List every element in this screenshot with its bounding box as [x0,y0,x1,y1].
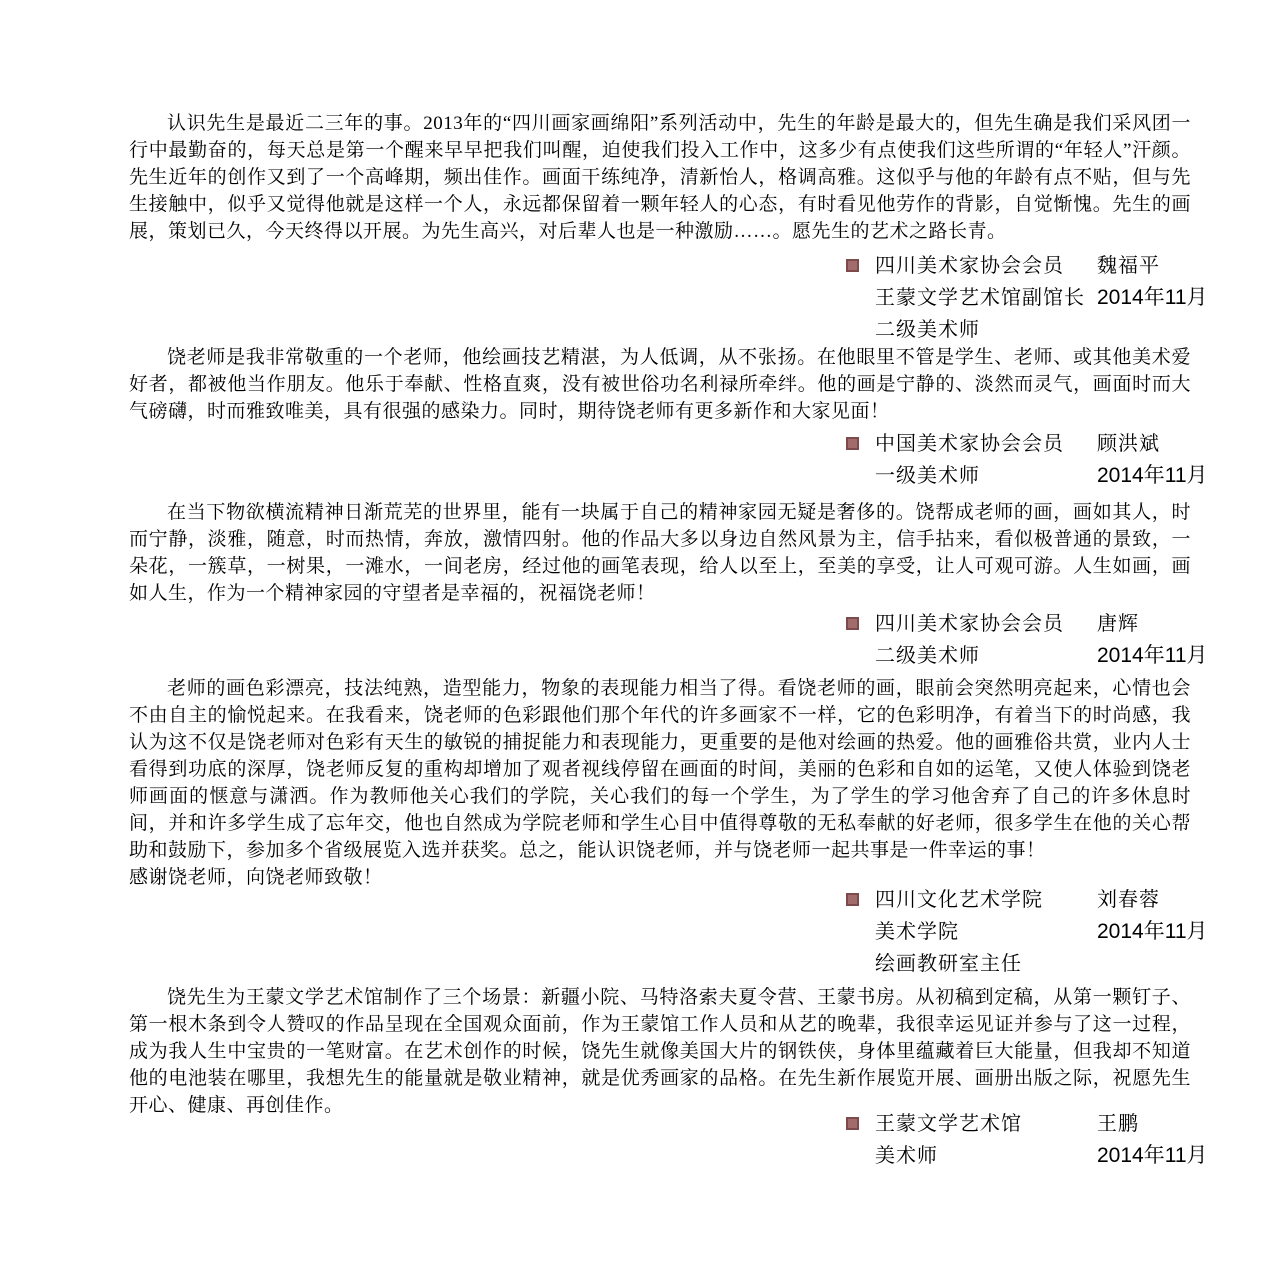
paragraph: 在当下物欲横流精神日渐荒芜的世界里，能有一块属于自己的精神家园无疑是奢侈的。饶帮… [129,499,1191,607]
signature-name: 顾洪斌 [1097,428,1208,460]
paragraph-section-5: 饶先生为王蒙文学艺术馆制作了三个场景：新疆小院、马特洛索夫夏令营、王蒙书房。从初… [129,984,1191,1119]
signature-name-date: 刘春蓉 2014年11月 [1097,884,1208,948]
signature-name: 刘春蓉 [1097,884,1208,916]
paragraph-section-4: 老师的画色彩漂亮，技法纯熟，造型能力，物象的表现能力相当了得。看饶老师的画，眼前… [129,675,1191,891]
paragraph-section-1: 认识先生是最近二三年的事。2013年的“四川画家画绵阳”系列活动中，先生的年龄是… [129,110,1191,245]
signature-title: 中国美术家协会会员 [875,428,1097,460]
signature-name-date: 顾洪斌 2014年11月 [1097,428,1208,492]
signature-name-date: 魏福平 2014年11月 [1097,250,1208,314]
signature-block-tanghui: 四川美术家协会会员 二级美术师 唐辉 2014年11月 [846,608,1192,672]
square-bullet-icon [846,617,859,630]
paragraph: 饶老师是我非常敬重的一个老师，他绘画技艺精湛，为人低调，从不张扬。在他眼里不管是… [129,344,1191,425]
signature-title: 王蒙文学艺术馆副馆长 [875,282,1097,314]
signature-block-guhongbin: 中国美术家协会会员 一级美术师 顾洪斌 2014年11月 [846,428,1192,492]
signature-block-weifuping: 四川美术家协会会员 王蒙文学艺术馆副馆长 二级美术师 魏福平 2014年11月 [846,250,1192,346]
signature-name: 唐辉 [1097,608,1208,640]
signature-name-date: 唐辉 2014年11月 [1097,608,1208,672]
signature-name: 魏福平 [1097,250,1208,282]
signature-title: 美术学院 [875,916,1097,948]
signature-title: 王蒙文学艺术馆 [875,1108,1097,1140]
paragraph: 老师的画色彩漂亮，技法纯熟，造型能力，物象的表现能力相当了得。看饶老师的画，眼前… [129,675,1191,864]
signature-title: 美术师 [875,1140,1097,1172]
signature-titles: 四川美术家协会会员 王蒙文学艺术馆副馆长 二级美术师 [875,250,1097,346]
signature-date: 2014年11月 [1097,916,1208,948]
signature-block-liuchunrong: 四川文化艺术学院 美术学院 绘画教研室主任 刘春蓉 2014年11月 [846,884,1192,980]
paragraph-section-3: 在当下物欲横流精神日渐荒芜的世界里，能有一块属于自己的精神家园无疑是奢侈的。饶帮… [129,499,1191,607]
signature-titles: 四川美术家协会会员 二级美术师 [875,608,1097,672]
signature-title: 四川文化艺术学院 [875,884,1097,916]
paragraph: 认识先生是最近二三年的事。2013年的“四川画家画绵阳”系列活动中，先生的年龄是… [129,110,1191,245]
signature-title: 四川美术家协会会员 [875,250,1097,282]
signature-titles: 王蒙文学艺术馆 美术师 [875,1108,1097,1172]
signature-title: 绘画教研室主任 [875,948,1097,980]
signature-titles: 中国美术家协会会员 一级美术师 [875,428,1097,492]
paragraph: 饶先生为王蒙文学艺术馆制作了三个场景：新疆小院、马特洛索夫夏令营、王蒙书房。从初… [129,984,1191,1119]
square-bullet-icon [846,259,859,272]
signature-block-wangpeng: 王蒙文学艺术馆 美术师 王鹏 2014年11月 [846,1108,1192,1172]
signature-date: 2014年11月 [1097,282,1208,314]
signature-date: 2014年11月 [1097,460,1208,492]
square-bullet-icon [846,1117,859,1130]
signature-title: 一级美术师 [875,460,1097,492]
square-bullet-icon [846,437,859,450]
signature-title: 二级美术师 [875,314,1097,346]
signature-name: 王鹏 [1097,1108,1208,1140]
signature-titles: 四川文化艺术学院 美术学院 绘画教研室主任 [875,884,1097,980]
signature-title: 二级美术师 [875,640,1097,672]
document-page: 认识先生是最近二三年的事。2013年的“四川画家画绵阳”系列活动中，先生的年龄是… [0,0,1280,1270]
signature-title: 四川美术家协会会员 [875,608,1097,640]
signature-date: 2014年11月 [1097,1140,1208,1172]
square-bullet-icon [846,893,859,906]
signature-date: 2014年11月 [1097,640,1208,672]
paragraph-section-2: 饶老师是我非常敬重的一个老师，他绘画技艺精湛，为人低调，从不张扬。在他眼里不管是… [129,344,1191,425]
signature-name-date: 王鹏 2014年11月 [1097,1108,1208,1172]
